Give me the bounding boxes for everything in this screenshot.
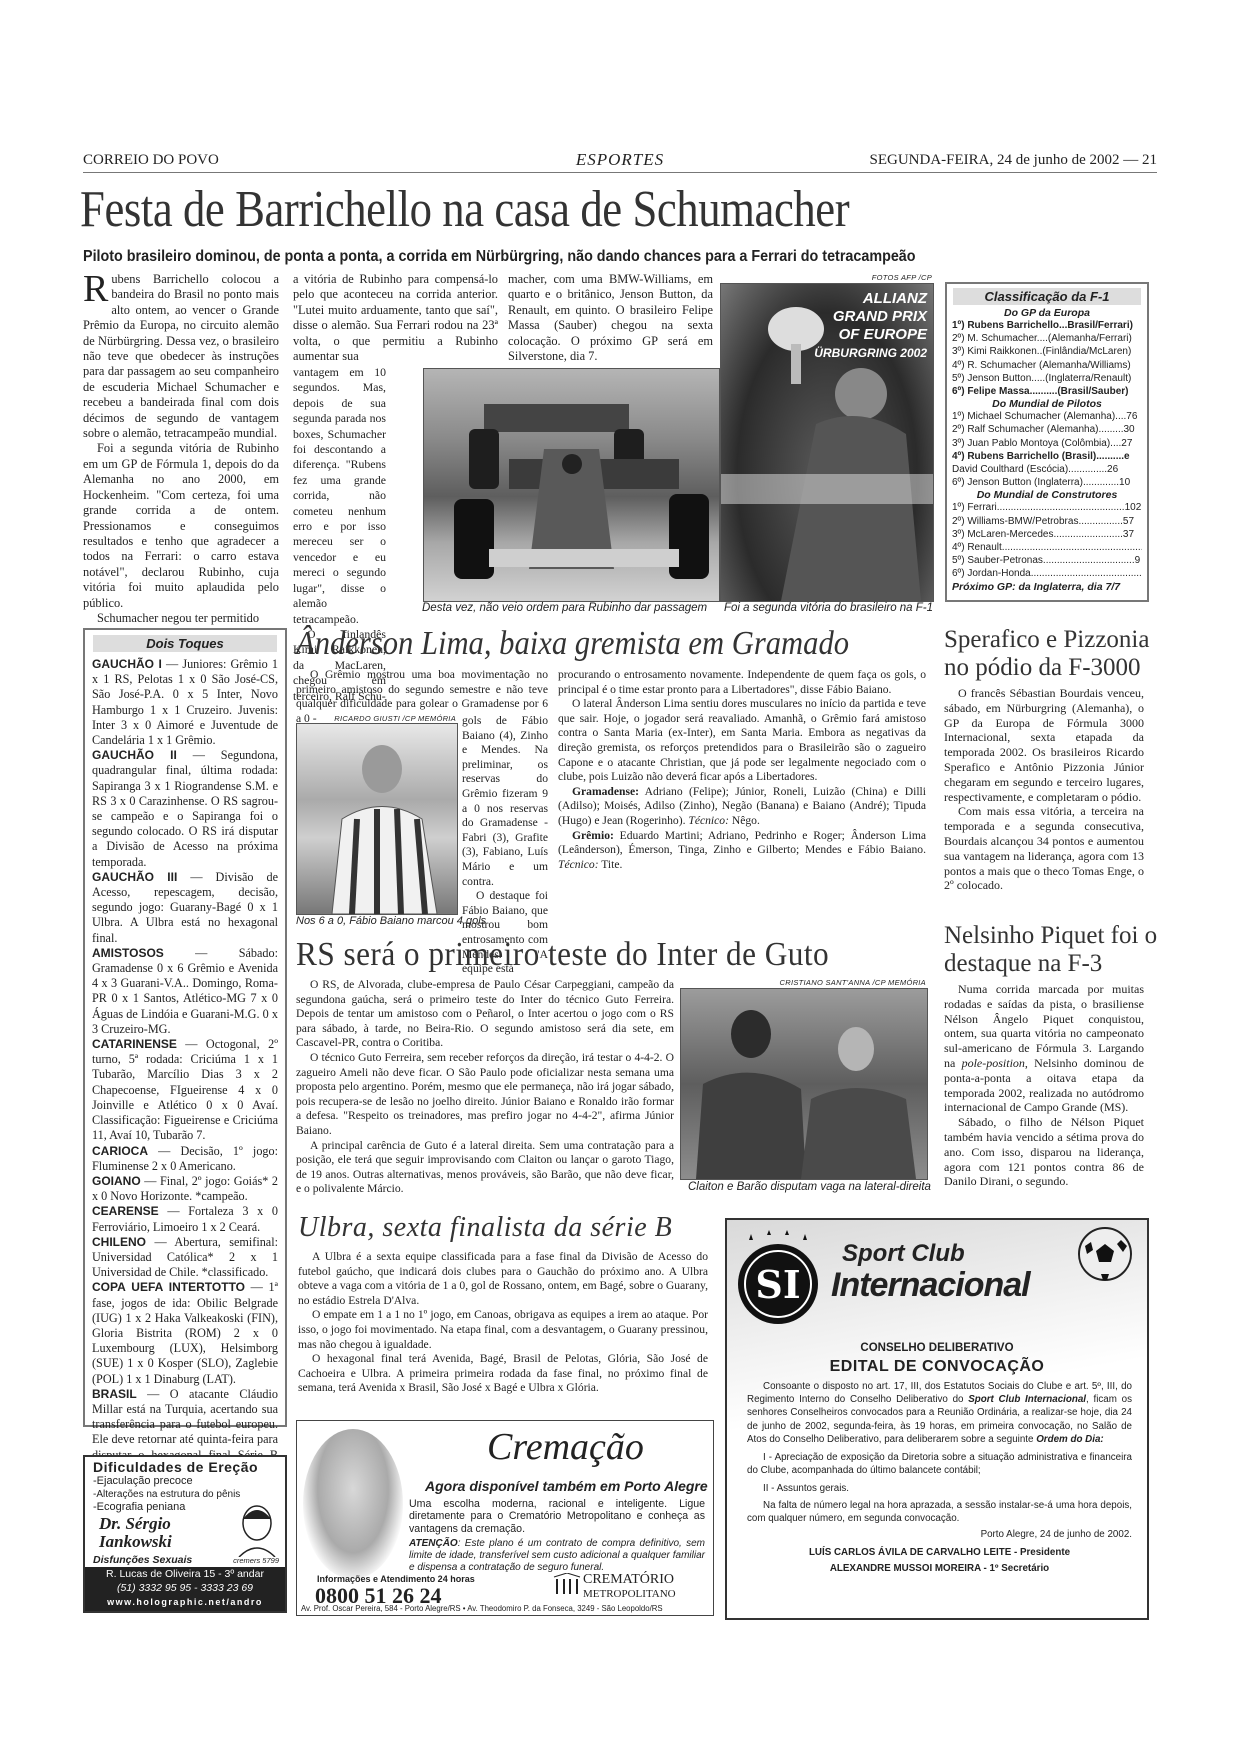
main-subhead: Piloto brasileiro dominou, de ponta a po…	[83, 248, 1156, 266]
main-story-col3: macher, com uma BMW-Williams, em quarto …	[508, 272, 713, 364]
standings-row: David Coulthard (Escócia)..............2…	[952, 463, 1142, 476]
dois-toques-title: Dois Toques	[93, 635, 277, 652]
standings-row: 3º) Kimi Raikkonen..(Finlândia/McLaren)	[952, 345, 1142, 358]
photo-f1-cars	[423, 368, 720, 602]
dois-toques-label: CEARENSE	[92, 1204, 159, 1218]
standings-row: 3º) McLaren-Mercedes....................…	[952, 528, 1142, 541]
photo2-caption: Foi a segunda vitória do brasileiro na F…	[724, 602, 933, 614]
ad-phone: (51) 3332 95 95 - 3333 23 69	[85, 1581, 285, 1595]
ad-club-line2: Internacional	[831, 1266, 1030, 1305]
standings-row: 6º) Felipe Massa..........(Brasil/Sauber…	[952, 385, 1142, 398]
dois-toques-item: GOIANO — Final, 2º jogo: Goiás* 2 x 0 No…	[92, 1174, 278, 1204]
f1-box-title: Classificação da F-1	[953, 288, 1141, 305]
dois-toques-item: COPA UEFA INTERTOTTO — 1ª fase, jogos de…	[92, 1280, 278, 1386]
main-story-col1: Rubens Barrichello colocou a bandeira do…	[83, 272, 279, 626]
dois-toques-item: CARIOCA — Decisão, 1º jogo: Fluminense 2…	[92, 1144, 278, 1174]
cremacao-title: Cremação	[487, 1425, 644, 1469]
photo-claiton-barao	[680, 988, 928, 1180]
dois-toques-label: GAUCHÃO II	[92, 748, 177, 762]
dois-toques-label: GAUCHÃO I	[92, 657, 162, 671]
cremacao-addresses: Av. Prof. Oscar Pereira, 584 - Porto Ale…	[301, 1604, 663, 1613]
photo-podium: ALLIANZ GRAND PRIX OF EUROPE ÜRBURGRING …	[720, 283, 934, 602]
doctor-portrait-icon	[235, 1501, 279, 1557]
players-illustration	[681, 989, 927, 1179]
gp-section-title: Do GP da Europa	[952, 307, 1142, 319]
anderson-headline: Ânderson Lima, baixa gremista em Gramado	[296, 624, 849, 664]
standings-row: 1º) Ferrari.............................…	[952, 501, 1142, 514]
dois-toques-item: CEARENSE — Fortaleza 3 x 0 Ferroviário, …	[92, 1204, 278, 1234]
piquet-headline: Nelsinho Piquet foi o destaque na F-3	[944, 922, 1164, 978]
standings-row: 1º) Rubens Barrichello...Brasil/Ferrari)	[952, 319, 1142, 332]
ad-club-line1: Sport Club	[842, 1240, 965, 1268]
ad-website: www.holographic.net/andro	[85, 1595, 285, 1609]
dois-toques-item: GAUCHÃO III — Divisão de Acesso, repesca…	[92, 870, 278, 946]
standings-row: 6º) Jordan-Honda........................…	[952, 567, 1142, 580]
standings-row: 4º) Rubens Barrichello (Brasil).........…	[952, 450, 1142, 463]
dois-toques-item: CATARINENSE — Octogonal, 2º turno, 5ª ro…	[92, 1037, 278, 1143]
standings-row: 6º) Jenson Button (Inglaterra)..........…	[952, 476, 1142, 489]
dois-toques-label: COPA UEFA INTERTOTTO	[92, 1280, 245, 1294]
f3000-headline: Sperafico e Pizzonia no pódio da F-3000	[944, 626, 1164, 682]
internacional-crest-icon: SI	[735, 1230, 821, 1328]
dois-toques-label: CARIOCA	[92, 1144, 148, 1158]
doctor-name-1: Dr. Sérgio	[99, 1515, 172, 1533]
photo-fabio-baiano	[296, 723, 458, 915]
player-illustration	[297, 724, 457, 914]
main-story-col2: a vitória de Rubinho para compensá-lo pe…	[293, 272, 498, 364]
podium-illustration	[721, 284, 933, 601]
crematorio-brand: CREMATÓRIO METROPOLITANO	[583, 1573, 676, 1601]
dois-toques-label: GAUCHÃO III	[92, 870, 177, 884]
standings-row: 4º) R. Schumacher (Alemanha/Williams)	[952, 359, 1142, 372]
ad-cremers: cremers 5799	[233, 1556, 279, 1565]
inter-photo-caption: Claiton e Barão disputam vaga na lateral…	[688, 1181, 931, 1193]
ad-council: CONSELHO DELIBERATIVO	[727, 1342, 1147, 1354]
dois-toques-item: CHILENO — Abertura, semifinal: Universid…	[92, 1235, 278, 1281]
dois-toques-list: GAUCHÃO I — Juniores: Grêmio 1 x 1 RS, P…	[85, 657, 285, 1478]
ad-bullet: -Alterações na estrutura do pênis	[93, 1488, 285, 1501]
next-gp: Próximo GP: da Inglaterra, dia 7/7	[952, 581, 1142, 593]
dropcap: R	[83, 274, 108, 304]
gp-results-list: 1º) Rubens Barrichello...Brasil/Ferrari)…	[952, 319, 1142, 398]
soccer-ball-icon	[1077, 1226, 1133, 1282]
ad-doctor-title: Dificuldades de Ereção	[85, 1457, 285, 1475]
dois-toques-label: CATARINENSE	[92, 1037, 177, 1051]
f1-car-illustration	[424, 369, 719, 601]
standings-row: 4º) Renault.............................…	[952, 541, 1142, 554]
photo-credit-afp: FOTOS AFP /CP	[720, 273, 932, 282]
ad-internacional: SI Sport Club Internacional CONSELHO DEL…	[725, 1218, 1149, 1620]
anderson-photo-caption: Nos 6 a 0, Fábio Baiano marcou 4 gols	[296, 915, 486, 927]
piquet-body: Numa corrida marcada por muitas rodadas …	[944, 982, 1144, 1189]
standings-row: 2º) M. Schumacher....(Alemanha/Ferrari)	[952, 332, 1142, 345]
dois-toques-label: AMISTOSOS	[92, 946, 164, 960]
anderson-photo-credit: RICARDO GIUSTI /CP MEMÓRIA	[296, 714, 456, 723]
f1-classification-box: Classificação da F-1 Do GP da Europa 1º)…	[945, 282, 1149, 602]
ad-edital-title: EDITAL DE CONVOCAÇÃO	[727, 1358, 1147, 1376]
f3000-body: O francês Sébastian Bourdais venceu, sáb…	[944, 686, 1144, 893]
ad-address: R. Lucas de Oliveira 15 - 3º andar	[85, 1567, 285, 1581]
dois-toques-box: Dois Toques GAUCHÃO I — Juniores: Grêmio…	[83, 628, 287, 1427]
drivers-standings-list: 1º) Michael Schumacher (Alemanha)....762…	[952, 410, 1142, 489]
date-page: SEGUNDA-FEIRA, 24 de junho de 2002 — 21	[870, 152, 1157, 169]
ad-bullet: -Ejaculação precoce	[93, 1475, 285, 1488]
masthead: CORREIO DO POVO ESPORTES SEGUNDA-FEIRA, …	[83, 150, 1157, 173]
main-headline: Festa de Barrichello na casa de Schumach…	[80, 180, 1009, 240]
doctor-name-2: Iankowski	[99, 1533, 172, 1551]
standings-row: 5º) Sauber-Petronas.....................…	[952, 554, 1142, 567]
ulbra-body: A Ulbra é a sexta equipe classificada pa…	[298, 1250, 708, 1396]
cremacao-body: Uma escolha moderna, racional e intelige…	[409, 1498, 705, 1535]
dois-toques-label: CHILENO	[92, 1235, 146, 1249]
dois-toques-label: GOIANO	[92, 1174, 141, 1188]
svg-text:SI: SI	[755, 1262, 800, 1307]
ad-doctor: Dificuldades de Ereção -Ejaculação preco…	[83, 1455, 287, 1613]
ad-edital-body: Consoante o disposto no art. 17, III, do…	[747, 1380, 1132, 1576]
ad-cremacao: Cremação Agora disponível também em Port…	[296, 1420, 714, 1616]
cremacao-subtitle: Agora disponível também em Porto Alegre	[425, 1478, 708, 1494]
dois-toques-item: GAUCHÃO II — Segundona, quadrangular fin…	[92, 748, 278, 870]
dois-toques-item: GAUCHÃO I — Juniores: Grêmio 1 x 1 RS, P…	[92, 657, 278, 748]
standings-row: 2º) Williams-BMW/Petrobras..............…	[952, 515, 1142, 528]
ulbra-headline: Ulbra, sexta finalista da série B	[298, 1212, 672, 1244]
inter-photo-credit: CRISTIANO SANT'ANNA /CP MEMÓRIA	[680, 978, 926, 987]
inter-headline: RS será o primeiro teste do Inter de Gut…	[296, 935, 829, 975]
cremacao-attention: ATENÇÃO: Este plano é um contrato de com…	[409, 1538, 705, 1574]
photo1-caption: Desta vez, não veio ordem para Rubinho d…	[422, 602, 707, 614]
ad-specialty: Disfunções Sexuais	[93, 1554, 192, 1566]
dois-toques-item: AMISTOSOS — Sábado: Gramadense 0 x 6 Grê…	[92, 946, 278, 1037]
inter-body: O RS, de Alvorada, clube-empresa de Paul…	[296, 978, 674, 1197]
standings-row: 1º) Michael Schumacher (Alemanha)....76	[952, 410, 1142, 423]
standings-row: 3º) Juan Pablo Montoya (Colômbia)....27	[952, 437, 1142, 450]
standings-row: 5º) Jenson Button.....(Inglaterra/Renaul…	[952, 372, 1142, 385]
crematorio-columns-icon	[553, 1573, 581, 1595]
constructors-section-title: Do Mundial de Construtores	[952, 489, 1142, 501]
constructors-standings-list: 1º) Ferrari.............................…	[952, 501, 1142, 580]
dois-toques-label: BRASIL	[92, 1387, 137, 1401]
standings-row: 2º) Ralf Schumacher (Alemanha).........3…	[952, 423, 1142, 436]
drivers-section-title: Do Mundial de Pilotos	[952, 398, 1142, 410]
rose-image	[303, 1429, 403, 1579]
anderson-right-col: procurando o entrosamento novamente. Ind…	[558, 668, 926, 872]
